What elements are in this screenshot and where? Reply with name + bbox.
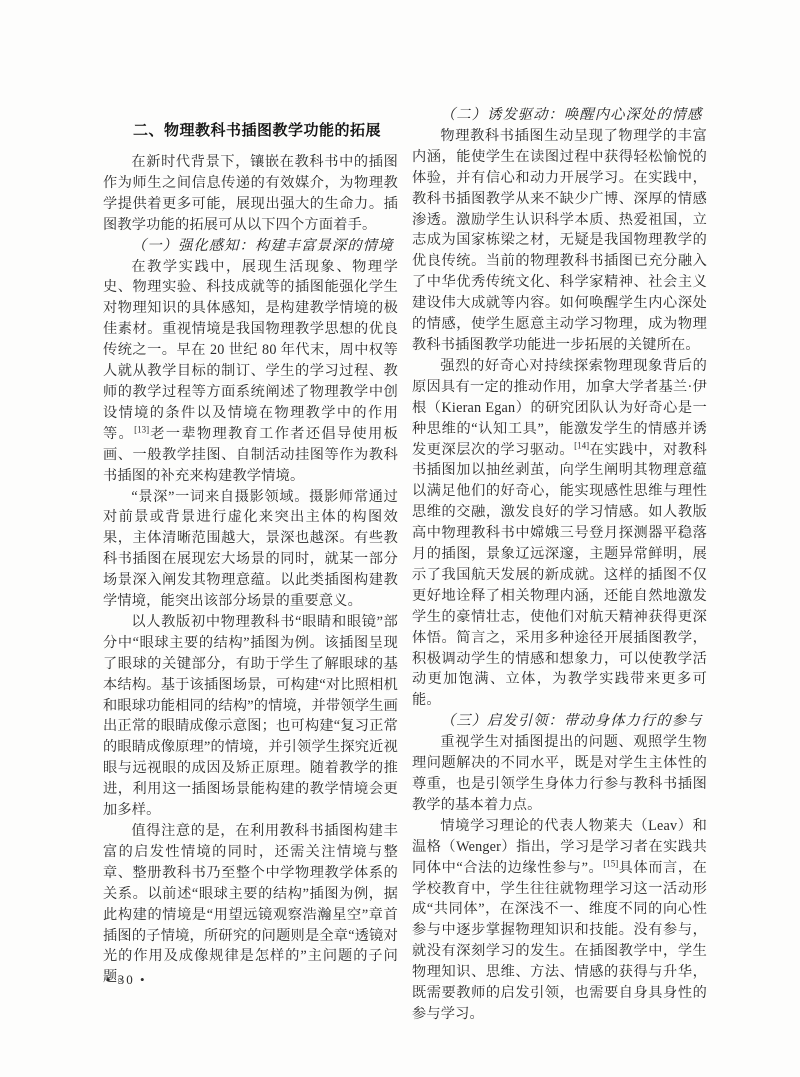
paragraph: 强烈的好奇心对持续探索物理现象背后的原因具有一定的推动作用，加拿大学者基兰·伊根…	[412, 356, 707, 711]
paragraph-text: 在教学实践中，展现生活现象、物理学史、物理实验、科技成就等的插图能强化学生对物理…	[103, 259, 398, 442]
paragraph: 情境学习理论的代表人物莱夫（Leav）和温格（Wenger）指出，学习是学习者在…	[412, 816, 707, 1025]
page-number: • 30 •	[106, 972, 147, 988]
right-column: （二）诱发驱动：唤醒内心深处的情感 物理教科书插图生动呈现了物理学的丰富内涵，能…	[412, 105, 707, 1025]
paragraph: 在教学实践中，展现生活现象、物理学史、物理实验、科技成就等的插图能强化学生对物理…	[103, 257, 398, 487]
paragraph: 物理教科书插图生动呈现了物理学的丰富内涵，能使学生在读图过程中获得轻松愉悦的体验…	[412, 126, 707, 356]
citation-marker: [13]	[134, 424, 149, 434]
paragraph: “景深”一词来自摄影领域。摄影师常通过对前景或背景进行虚化来突出主体的构图效果，…	[103, 487, 398, 612]
paragraph-text: 值得注意的是，在利用教科书插图构建丰富的启发性情境的同时，还需关注情境与整章、整…	[103, 823, 398, 985]
paragraph-text: 物理教科书插图生动呈现了物理学的丰富内涵，能使学生在读图过程中获得轻松愉悦的体验…	[412, 128, 707, 353]
paragraph: 以人教版初中物理教科书“眼睛和眼镜”部分中“眼球主要的结构”插图为例。该插图呈现…	[103, 612, 398, 821]
subsection-heading: （三）启发引领：带动身体力行的参与	[412, 711, 707, 732]
paper-page: 二、物理教科书插图教学功能的拓展 在新时代背景下，镶嵌在教科书中的插图作为师生之…	[0, 0, 800, 1077]
citation-marker: [15]	[603, 858, 618, 868]
paragraph: 重视学生对插图提出的问题、观照学生物理问题解决的不同水平，既是对学生主体性的尊重…	[412, 732, 707, 816]
subsection-heading: （一）强化感知：构建丰富景深的情境	[103, 236, 398, 257]
paragraph-text: 在新时代背景下，镶嵌在教科书中的插图作为师生之间信息传递的有效媒介，为物理教学提…	[103, 154, 398, 233]
paragraph-text: 老一辈物理教育工作者还倡导使用板画、一般教学挂图、自制活动挂图等作为教科书插图的…	[103, 426, 398, 484]
paragraph-text: 具体而言，在学校教育中，学生往往就物理学习这一活动形成“共同体”，在深浅不一、维…	[412, 860, 707, 1022]
subsection-heading: （二）诱发驱动：唤醒内心深处的情感	[412, 105, 707, 126]
citation-marker: [14]	[574, 440, 589, 450]
paragraph-text: 以人教版初中物理教科书“眼睛和眼镜”部分中“眼球主要的结构”插图为例。该插图呈现…	[103, 614, 398, 818]
paragraph-text: 在实践中，对教科书插图加以抽丝剥茧，向学生阐明其物理意蕴以满足他们的好奇心，能实…	[412, 442, 707, 709]
paragraph: 值得注意的是，在利用教科书插图构建丰富的启发性情境的同时，还需关注情境与整章、整…	[103, 821, 398, 988]
section-heading: 二、物理教科书插图教学功能的拓展	[103, 120, 398, 141]
paragraph: 在新时代背景下，镶嵌在教科书中的插图作为师生之间信息传递的有效媒介，为物理教学提…	[103, 152, 398, 236]
paragraph-text: “景深”一词来自摄影领域。摄影师常通过对前景或背景进行虚化来突出主体的构图效果，…	[103, 489, 398, 610]
paragraph-text: 重视学生对插图提出的问题、观照学生物理问题解决的不同水平，既是对学生主体性的尊重…	[412, 734, 707, 813]
left-column: 二、物理教科书插图教学功能的拓展 在新时代背景下，镶嵌在教科书中的插图作为师生之…	[103, 107, 398, 988]
